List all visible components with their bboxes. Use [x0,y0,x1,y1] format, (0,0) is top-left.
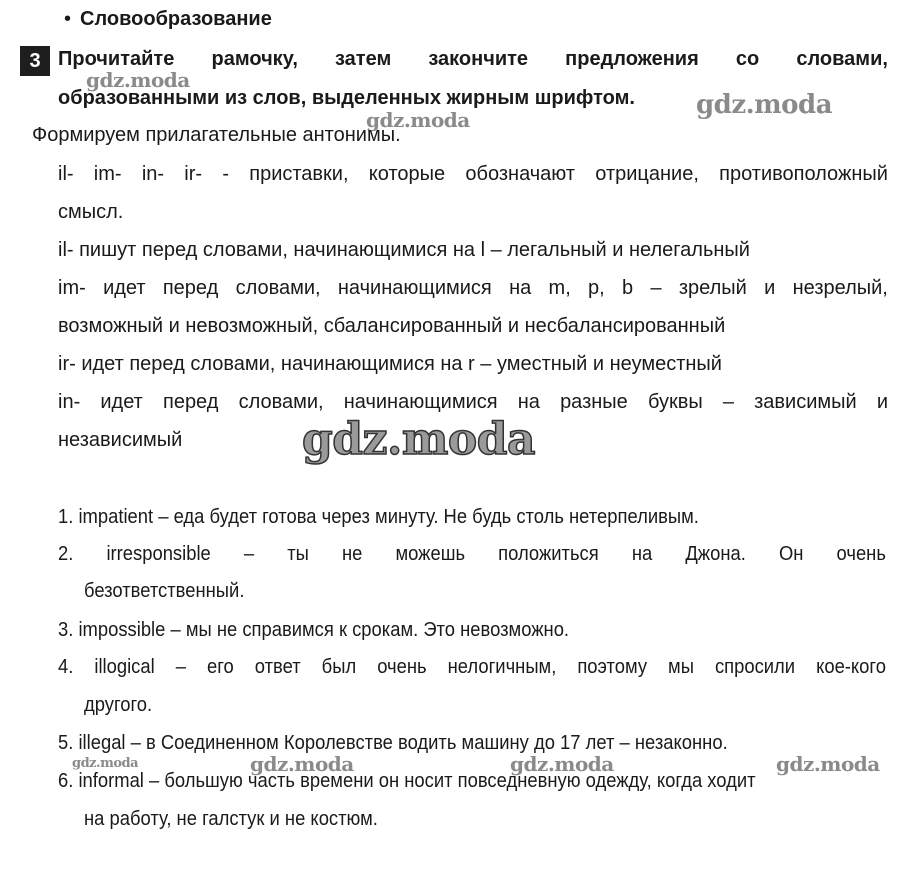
watermark: gdz.moda [776,752,880,776]
word: которые [369,163,445,186]
word: - [222,163,229,186]
word: поэтому [577,656,647,679]
word: приставки, [249,163,348,186]
word: ответ [255,656,301,679]
word: разные [560,391,628,414]
answer-3: 3. impossible – мы не справимся к срокам… [58,619,569,642]
theory-in: in-идетпередсловами,начинающимисянаразны… [58,391,888,414]
answer-4-cont: другого. [84,694,152,717]
word: p, [588,277,605,300]
word: и [764,277,775,300]
answer-6: 6. informal – большую часть времени он н… [58,770,756,793]
word: мы [668,656,694,679]
word: можешь [395,543,465,566]
answer-2: 2.irresponsible–тынеможешьположитьсянаДж… [58,543,886,566]
theory-in-b: независимый [58,429,182,452]
word: кое-кого [816,656,886,679]
word: – [650,277,661,300]
word: ты [287,543,309,566]
word: начинающимися [338,277,492,300]
word: противоположный [719,163,888,186]
word: отрицание, [595,163,699,186]
word: затем [335,48,391,71]
word: ir- [184,163,202,186]
word: начинающимися [344,391,498,414]
word: Джона. [685,543,746,566]
word: перед [163,277,218,300]
word: очень [377,656,426,679]
answer-2-cont: безответственный. [84,580,244,603]
word: буквы [648,391,703,414]
word: m, [549,277,571,300]
section-title: Словообразование [80,8,272,31]
word: 2. [58,543,73,566]
word: рамочку, [211,48,297,71]
theory-im-b: возможный и невозможный, сбалансированны… [58,315,725,338]
word: in- [142,163,164,186]
watermark: gdz.moda [696,90,832,120]
word: не [342,543,362,566]
word: – [723,391,734,414]
word: 4. [58,656,73,679]
theory-line-1b: смысл. [58,201,123,224]
word: был [322,656,357,679]
word: предложения [565,48,699,71]
word: словами, [796,48,888,71]
word: зависимый [754,391,857,414]
word: словами, [239,391,324,414]
word: обозначают [465,163,575,186]
watermark: gdz.moda [86,68,190,92]
word: идет [103,277,145,300]
word: незрелый, [793,277,888,300]
word: im- [94,163,122,186]
task-number: 3 [20,46,50,76]
word: нелогичным, [448,656,557,679]
word: очень [837,543,886,566]
word: положиться [498,543,599,566]
word: со [736,48,759,71]
answer-1: 1. impatient – еда будет готова через ми… [58,506,699,529]
word: его [207,656,234,679]
word: зрелый [679,277,747,300]
bullet: • [64,8,71,31]
watermark-large: gdz.moda [302,414,535,465]
word: идет [100,391,142,414]
theory-ir: ir- идет перед словами, начинающимися на… [58,353,722,376]
word: illogical [94,656,154,679]
answer-5: 5. illegal – в Соединенном Королевстве в… [58,732,728,755]
word: и [877,391,888,414]
word: b [622,277,633,300]
word: на [509,277,531,300]
word: – [244,543,254,566]
theory-il: il- пишут перед словами, начинающимися н… [58,239,750,262]
word: in- [58,391,80,414]
word: на [518,391,540,414]
word: il- [58,163,74,186]
word: спросили [715,656,795,679]
word: irresponsible [106,543,210,566]
theory-line-1: il-im-in-ir--приставки,которыеобозначают… [58,163,888,186]
word: Он [779,543,803,566]
word: на [632,543,652,566]
answer-4: 4.illogical–егоответбылоченьнелогичным,п… [58,656,886,679]
theory-im: im-идетпередсловами,начинающимисянаm,p,b… [58,277,888,300]
word: перед [163,391,218,414]
word: словами, [236,277,321,300]
answer-6-cont: на работу, не галстук и не костюм. [84,808,378,831]
word: – [176,656,186,679]
word: закончите [428,48,528,71]
word: im- [58,277,86,300]
watermark: gdz.moda [72,756,138,771]
theory-intro: Формируем прилагательные антонимы. [32,124,401,147]
